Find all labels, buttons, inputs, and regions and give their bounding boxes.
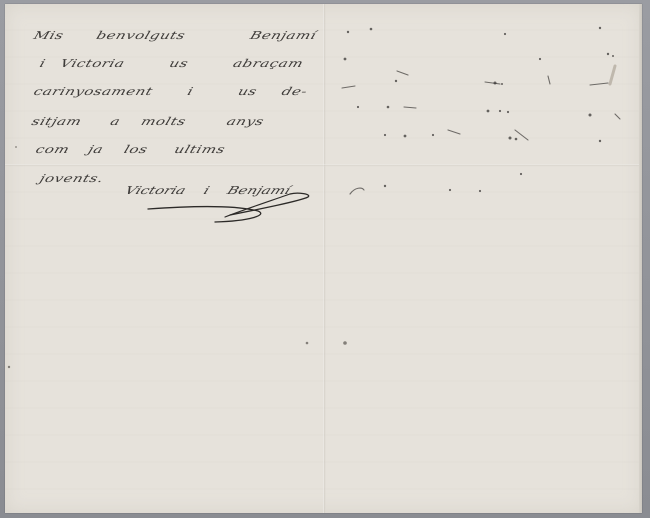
paper-specks [5,4,642,513]
letter-paper: Mis benvolguts Benjamí i Victoria us abr… [5,4,642,513]
scan-background: Mis benvolguts Benjamí i Victoria us abr… [0,0,650,518]
